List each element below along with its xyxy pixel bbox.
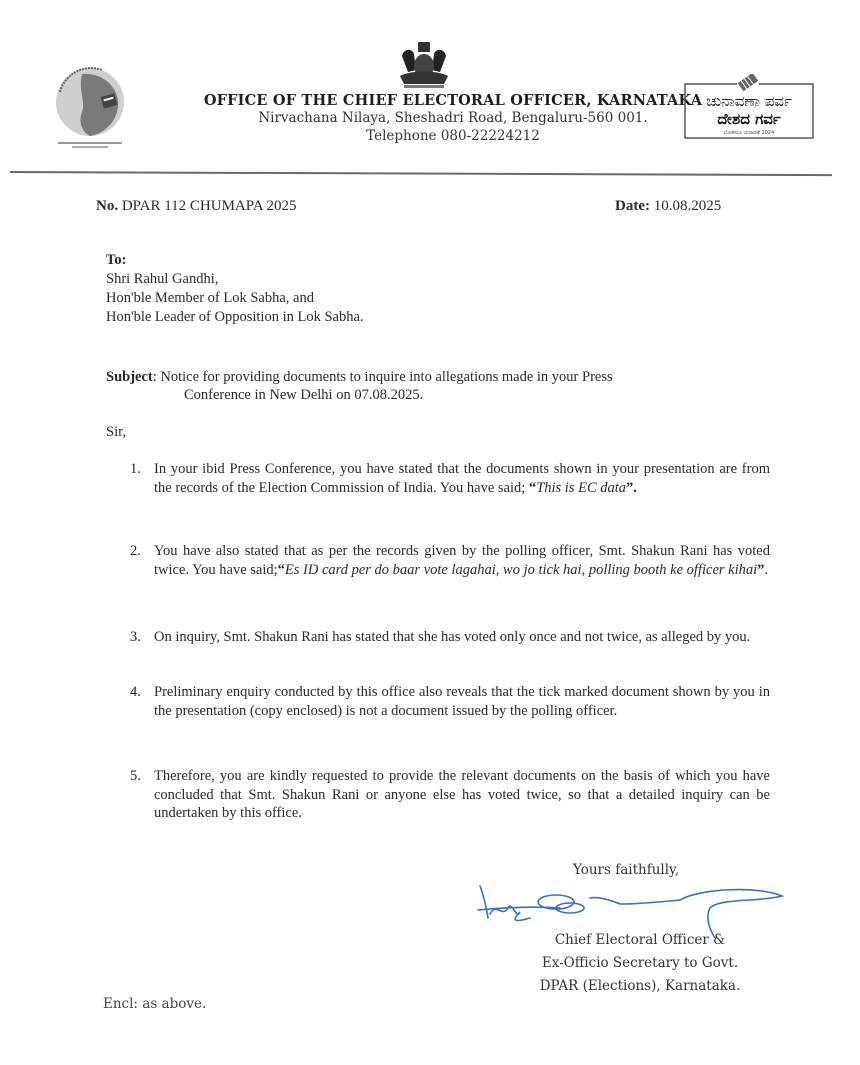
subject-label: Subject <box>106 369 153 385</box>
closing: Yours faithfully, <box>573 862 679 878</box>
header-divider <box>10 171 832 176</box>
reference-number-label: No. <box>96 198 118 214</box>
paragraph-number: 5. <box>130 767 141 786</box>
subject-block: Subject: Notice for providing documents … <box>106 368 776 404</box>
recipient-line: Hon'ble Member of Lok Sabha, and <box>106 289 364 308</box>
date-label: Date: <box>615 198 650 214</box>
designation-line: Chief Electoral Officer & <box>520 929 760 952</box>
recipient-line: Shri Rahul Gandhi, <box>106 270 364 289</box>
quote: Es ID card per do baar vote lagahai, wo … <box>285 562 757 578</box>
paragraph-number: 2. <box>130 542 141 561</box>
paragraph-2: 2. You have also stated that as per the … <box>130 542 770 579</box>
paragraph-number: 1. <box>130 460 141 479</box>
paragraph-number: 3. <box>130 628 141 647</box>
svg-text:ಲೋಕಸಭಾ ಚುನಾವಣೆ 2024: ಲೋಕಸಭಾ ಚುನಾವಣೆ 2024 <box>724 130 774 136</box>
svg-text:ಚುನಾವಣಾ ಪರ್ವ: ಚುನಾವಣಾ ಪರ್ವ <box>706 92 792 110</box>
chunavana-parva-logo: ಚುನಾವಣಾ ಪರ್ವ ದೇಶದ ಗರ್ವ ಲೋಕಸಭಾ ಚುನಾವಣೆ 20… <box>683 74 817 140</box>
date-value: 10.08.2025 <box>654 198 722 214</box>
salutation: Sir, <box>106 424 126 441</box>
to-label: To: <box>106 252 126 268</box>
signatory-designation: Chief Electoral Officer & Ex-Officio Sec… <box>520 929 760 998</box>
subject-line-2: Conference in New Delhi on 07.08.2025. <box>106 386 776 404</box>
paragraph-text: In your ibid Press Conference, you have … <box>154 461 770 496</box>
quote: This is EC data <box>536 480 626 496</box>
paragraph-3: 3. On inquiry, Smt. Shakun Rani has stat… <box>130 628 770 647</box>
paragraph-text: On inquiry, Smt. Shakun Rani has stated … <box>154 628 770 647</box>
paragraph-4: 4. Preliminary enquiry conducted by this… <box>130 683 770 720</box>
designation-line: DPAR (Elections), Karnataka. <box>520 975 760 998</box>
recipient-line: Hon'ble Leader of Opposition in Lok Sabh… <box>106 308 364 327</box>
paragraph-1: 1. In your ibid Press Conference, you ha… <box>130 460 770 497</box>
subject-line-1: Notice for providing documents to inquir… <box>160 369 612 385</box>
state-emblem-icon <box>394 40 454 90</box>
reference-number: No. DPAR 112 CHUMAPA 2025 <box>96 198 296 215</box>
paragraph-text: Therefore, you are kindly requested to p… <box>154 767 770 823</box>
paragraph-text: Preliminary enquiry conducted by this of… <box>154 683 770 720</box>
letter-date: Date: 10.08.2025 <box>615 198 721 215</box>
reference-number-value: DPAR 112 CHUMAPA 2025 <box>122 198 297 214</box>
paragraph-number: 4. <box>130 683 141 702</box>
designation-line: Ex-Officio Secretary to Govt. <box>520 952 760 975</box>
recipient-block: To: Shri Rahul Gandhi, Hon'ble Member of… <box>106 251 364 327</box>
paragraph-5: 5. Therefore, you are kindly requested t… <box>130 767 770 823</box>
enclosure-note: Encl: as above. <box>103 996 206 1012</box>
svg-text:ದೇಶದ ಗರ್ವ: ದೇಶದ ಗರ್ವ <box>717 110 780 128</box>
